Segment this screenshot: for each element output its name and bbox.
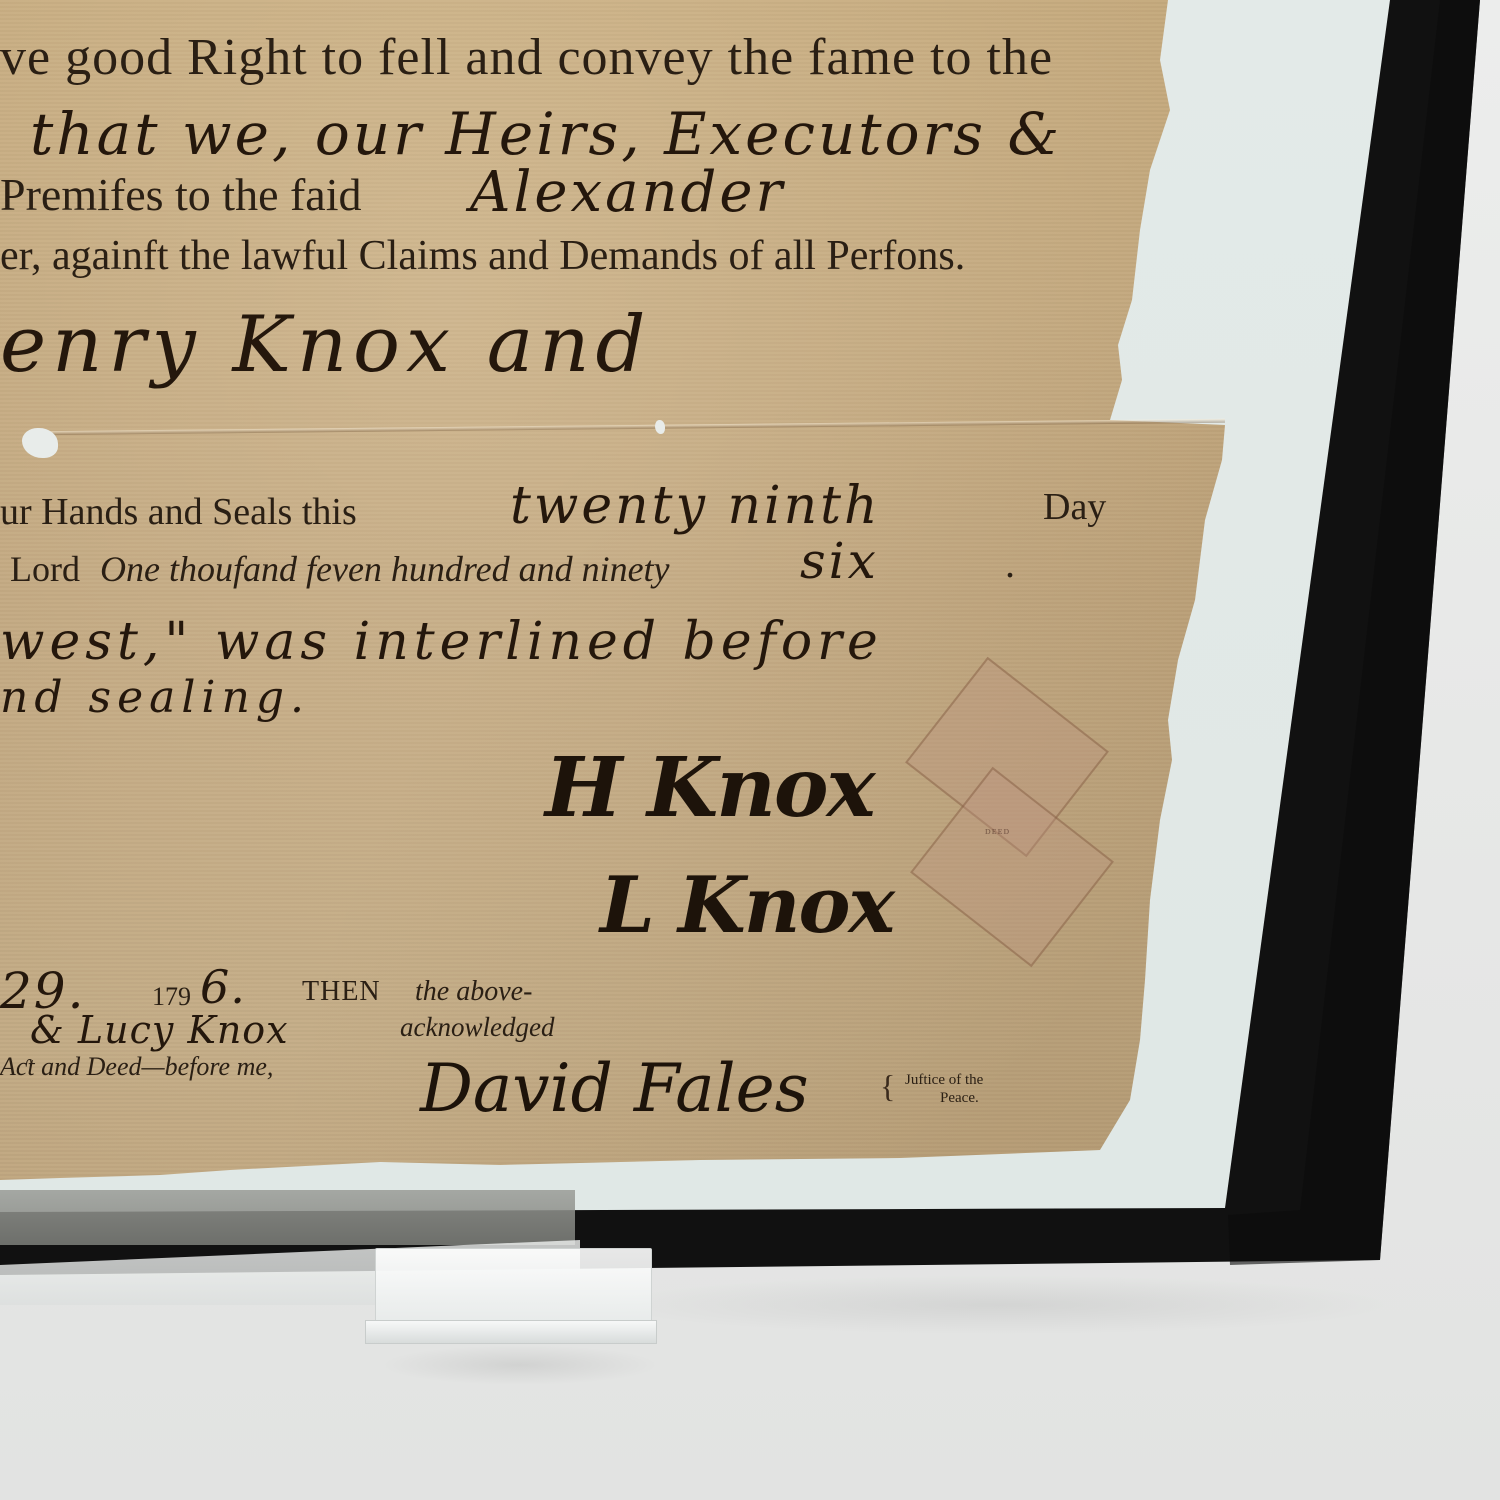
stand-shadow bbox=[380, 1345, 660, 1385]
year-six-handwritten: six bbox=[800, 532, 879, 590]
seal-mark: ᴅᴇᴇᴅ bbox=[985, 825, 1010, 837]
acrylic-frame-stand bbox=[375, 1248, 652, 1330]
deed-line-year-printed: One thoufand feven hundred and ninety bbox=[100, 548, 670, 590]
acknowledgment-year-handwritten: 6. bbox=[200, 960, 246, 1014]
justice-brace: { bbox=[880, 1068, 895, 1105]
acknowledgment-acknowledged: acknowledged bbox=[400, 1012, 554, 1043]
justice-title-line2: Peace. bbox=[940, 1090, 979, 1107]
deed-line-premises: Premifes to the faid bbox=[0, 168, 362, 221]
signature-lucy-knox: L Knox bbox=[600, 860, 893, 951]
acrylic-stand-base bbox=[365, 1320, 657, 1344]
paper-hole-small bbox=[655, 420, 665, 434]
acknowledgment-then: THEN bbox=[302, 976, 381, 1008]
interlined-note-continued: nd sealing. bbox=[0, 672, 310, 723]
deed-line-hands-and-seals: ur Hands and Seals this bbox=[0, 490, 357, 534]
deed-label-day: Day bbox=[1043, 485, 1106, 529]
deed-label-lord: Lord bbox=[10, 548, 80, 590]
acknowledgment-act-and-deed: Aƈt and Deed—before me, bbox=[0, 1052, 273, 1082]
deed-line-heirs-executors: that we, our Heirs, Executors & bbox=[30, 100, 1062, 168]
glass-edge-reflection bbox=[0, 1190, 575, 1245]
grantor-name-henry-knox: enry Knox and bbox=[0, 300, 651, 390]
acknowledgment-the-above: the above- bbox=[415, 976, 532, 1008]
interlined-note: west," was interlined before bbox=[0, 612, 883, 672]
frame-shadow bbox=[600, 1275, 1400, 1335]
acknowledgment-lucy-knox: & Lucy Knox bbox=[30, 1008, 289, 1052]
signature-david-fales: David Fales bbox=[420, 1050, 809, 1127]
signing-day-handwritten: twenty ninth bbox=[510, 476, 880, 536]
justice-title-line1: Juftice of the bbox=[905, 1072, 983, 1089]
year-period: . bbox=[1005, 540, 1015, 587]
deed-line-lawful-claims: er, againft the lawful Claims and Demand… bbox=[0, 232, 965, 280]
signature-henry-knox: H Knox bbox=[545, 740, 874, 836]
grantee-name-alexander: Alexander bbox=[470, 160, 785, 225]
deed-line-right-to-sell: ve good Right to fell and convey the fam… bbox=[0, 28, 1053, 87]
